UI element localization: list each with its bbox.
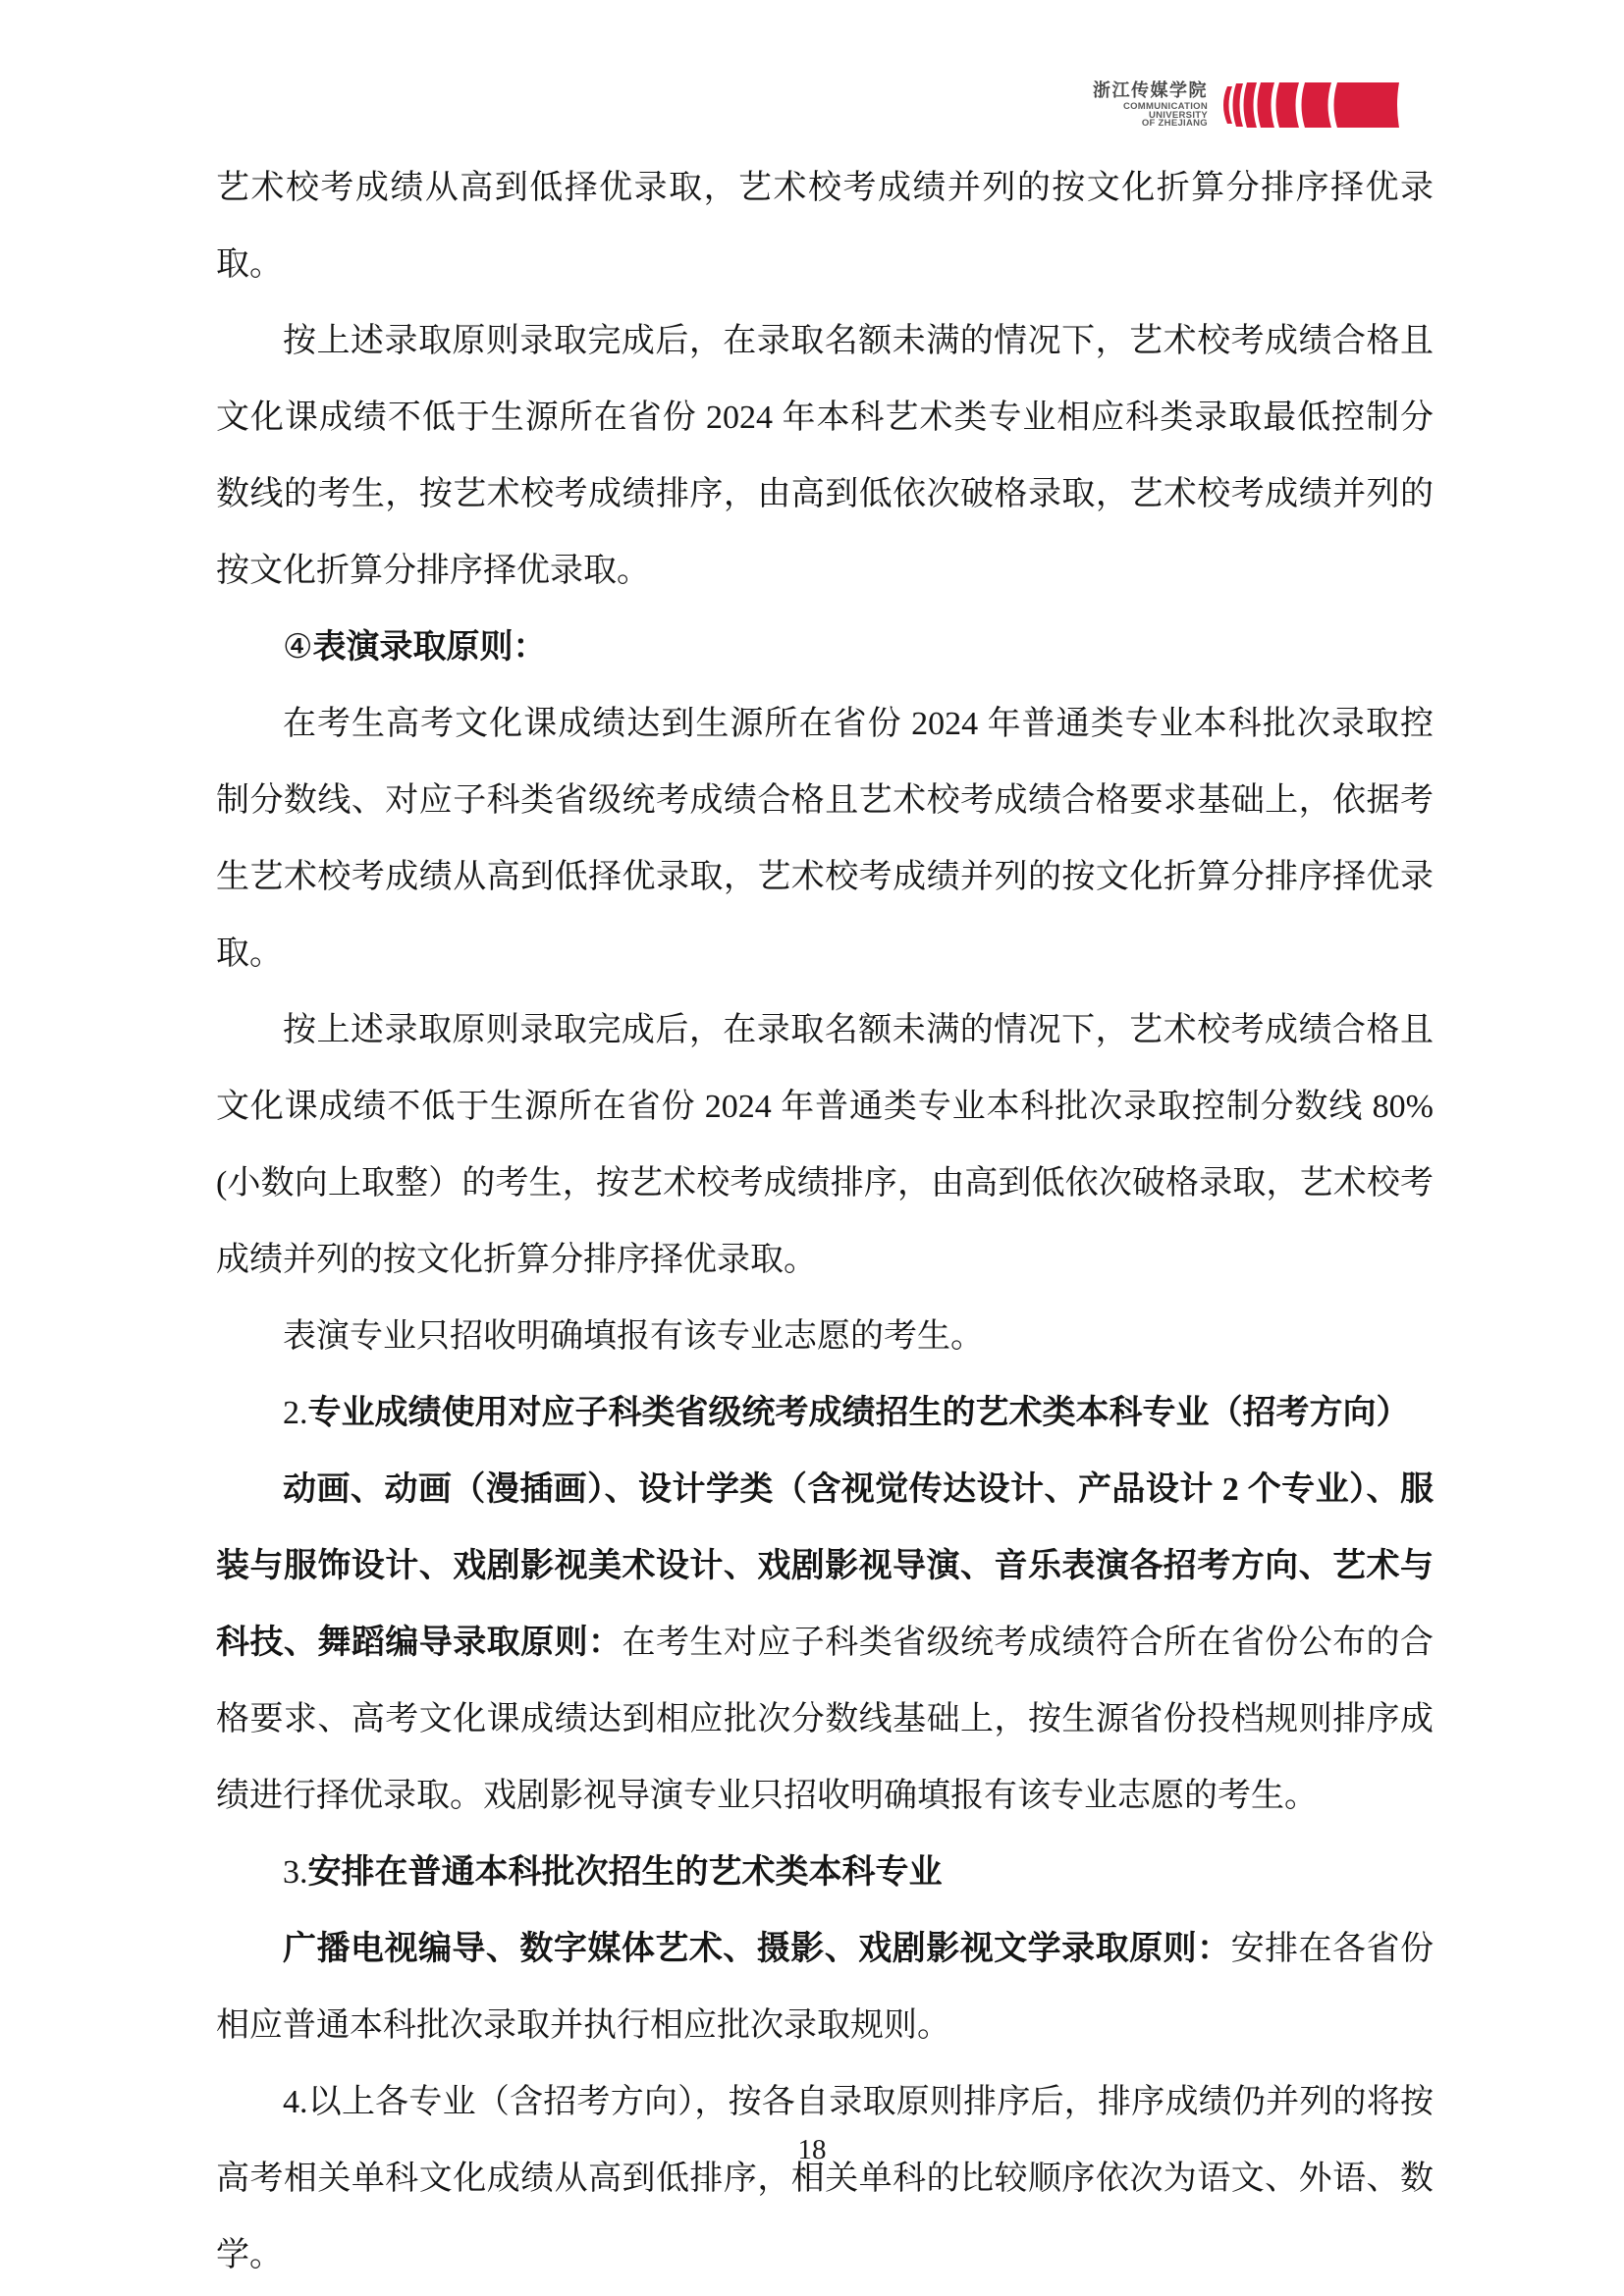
university-name-english: COMMUNICATION UNIVERSITY OF ZHEJIANG: [1093, 103, 1208, 129]
text-run: 艺术校考成绩从高到低择优录取，艺术校考成绩并列的按文化折算分排序择优录取。: [216, 170, 1434, 283]
text-run: 2.: [283, 1395, 308, 1431]
paragraph: 表演专业只招收明确填报有该专业志愿的考生。: [216, 1299, 1434, 1375]
paragraph: 在考生高考文化课成绩达到生源所在省份 2024 年普通类专业本科批次录取控制分数…: [216, 686, 1434, 992]
text-run: 安排在普通本科批次招生的艺术类本科专业: [308, 1854, 943, 1891]
paragraph: 动画、动画（漫插画）、设计学类（含视觉传达设计、产品设计 2 个专业）、服装与服…: [216, 1452, 1434, 1835]
text-run: 专业成绩使用对应子科类省级统考成绩招生的艺术类本科专业（招考方向）: [308, 1395, 1410, 1431]
page-number: 18: [798, 2134, 827, 2165]
paragraph: 2.专业成绩使用对应子科类省级统考成绩招生的艺术类本科专业（招考方向）: [216, 1375, 1434, 1452]
sound-wave-banner-icon: [1219, 81, 1401, 129]
text-run: ④: [283, 629, 312, 666]
paragraph: 3.安排在普通本科批次招生的艺术类本科专业: [216, 1835, 1434, 1911]
university-logo-text: 浙江传媒学院 COMMUNICATION UNIVERSITY OF ZHEJI…: [1093, 81, 1208, 129]
paragraph: 艺术校考成绩从高到低择优录取，艺术校考成绩并列的按文化折算分排序择优录取。: [216, 150, 1434, 303]
paragraph: ④表演录取原则：: [216, 610, 1434, 686]
text-run: 广播电视编导、数字媒体艺术、摄影、戏剧影视文学录取原则：: [283, 1931, 1231, 1967]
university-name-chinese: 浙江传媒学院: [1093, 81, 1208, 101]
paragraph: 4.以上各专业（含招考方向），按各自录取原则排序后，排序成绩仍并列的将按高考相关…: [216, 2064, 1434, 2294]
text-run: 按上述录取原则录取完成后，在录取名额未满的情况下，艺术校考成绩合格且文化课成绩不…: [216, 323, 1434, 589]
university-name-english-line: OF ZHEJIANG: [1093, 120, 1208, 129]
paragraph: 广播电视编导、数字媒体艺术、摄影、戏剧影视文学录取原则：安排在各省份相应普通本科…: [216, 1911, 1434, 2064]
paragraph: 按上述录取原则录取完成后，在录取名额未满的情况下，艺术校考成绩合格且文化课成绩不…: [216, 992, 1434, 1299]
text-run: 3.: [283, 1854, 308, 1891]
document-body: 艺术校考成绩从高到低择优录取，艺术校考成绩并列的按文化折算分排序择优录取。按上述…: [216, 150, 1434, 2294]
text-run: 在考生高考文化课成绩达到生源所在省份 2024 年普通类专业本科批次录取控制分数…: [216, 706, 1434, 972]
university-logo: 浙江传媒学院 COMMUNICATION UNIVERSITY OF ZHEJI…: [1093, 81, 1401, 129]
text-run: 4.以上各专业（含招考方向），按各自录取原则排序后，排序成绩仍并列的将按高考相关…: [216, 2084, 1434, 2273]
paragraph: 按上述录取原则录取完成后，在录取名额未满的情况下，艺术校考成绩合格且文化课成绩不…: [216, 303, 1434, 610]
text-run: 表演录取原则：: [312, 629, 546, 666]
page-footer: 18: [0, 2130, 1624, 2169]
text-run: 按上述录取原则录取完成后，在录取名额未满的情况下，艺术校考成绩合格且文化课成绩不…: [216, 1012, 1434, 1278]
document-page: 浙江传媒学院 COMMUNICATION UNIVERSITY OF ZHEJI…: [0, 0, 1624, 2296]
text-run: 表演专业只招收明确填报有该专业志愿的考生。: [283, 1318, 984, 1355]
